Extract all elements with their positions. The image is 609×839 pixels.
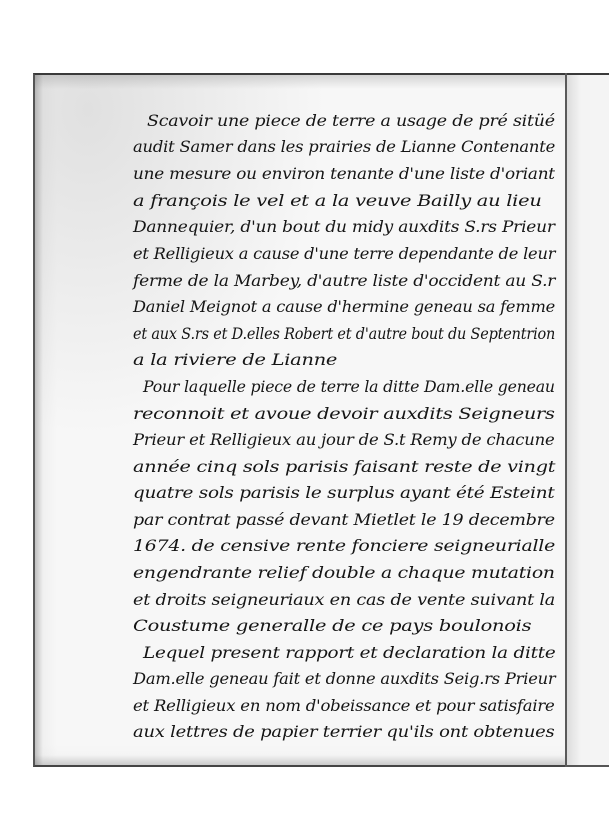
text-line-10: a la riviere de Lianne — [133, 351, 337, 369]
text-line-9: et aux S.rs et D.elles Robert et d'autre… — [133, 325, 555, 343]
text-line-15: quatre sols parisis le surplus ayant été… — [133, 484, 555, 502]
text-line-2: audit Samer dans les prairies de Lianne … — [133, 138, 555, 156]
text-line-11: Pour laquelle piece de terre la ditte Da… — [143, 378, 555, 396]
text-line-20: Coustume generalle de ce pays boulonois — [133, 617, 531, 635]
text-line-5: Dannequier, d'un bout du midy auxdits S.… — [133, 218, 555, 236]
text-line-8: Daniel Meignot a cause d'hermine geneau … — [133, 298, 555, 316]
text-line-7: ferme de la Marbey, d'autre liste d'occi… — [133, 272, 555, 290]
text-line-19: et droits seigneuriaux en cas de vente s… — [133, 591, 555, 609]
text-line-17: 1674. de censive rente fonciere seigneur… — [133, 537, 555, 555]
text-line-16: par contrat passé devant Mietlet le 19 d… — [133, 511, 555, 529]
text-line-13: Prieur et Relligieux au jour de S.t Remy… — [133, 431, 555, 449]
text-line-4: a françois le vel et a la veuve Bailly a… — [133, 192, 542, 210]
handwritten-text-block: Scavoir une piece de terre a usage de pr… — [35, 75, 567, 769]
text-line-14: année cinq sols parisis faisant reste de… — [133, 458, 555, 476]
text-line-21: Lequel present rapport et declaration la… — [143, 644, 555, 662]
text-line-3: une mesure ou environ tenante d'une list… — [133, 165, 555, 183]
text-line-1: Scavoir une piece de terre a usage de pr… — [147, 112, 555, 130]
text-line-18: engendrante relief double a chaque mutat… — [133, 564, 555, 582]
adjacent-page-edge — [567, 73, 609, 767]
text-line-23: et Relligieux en nom d'obeissance et pou… — [133, 697, 555, 715]
text-line-6: et Relligieux a cause d'une terre depend… — [133, 245, 555, 263]
scanned-manuscript: Scavoir une piece de terre a usage de pr… — [0, 0, 609, 839]
text-line-24: aux lettres de papier terrier qu'ils ont… — [133, 723, 555, 741]
manuscript-page: Scavoir une piece de terre a usage de pr… — [33, 73, 565, 767]
text-line-12: reconnoit et avoue devoir auxdits Seigne… — [133, 405, 555, 423]
text-line-22: Dam.elle geneau fait et donne auxdits Se… — [133, 670, 555, 688]
